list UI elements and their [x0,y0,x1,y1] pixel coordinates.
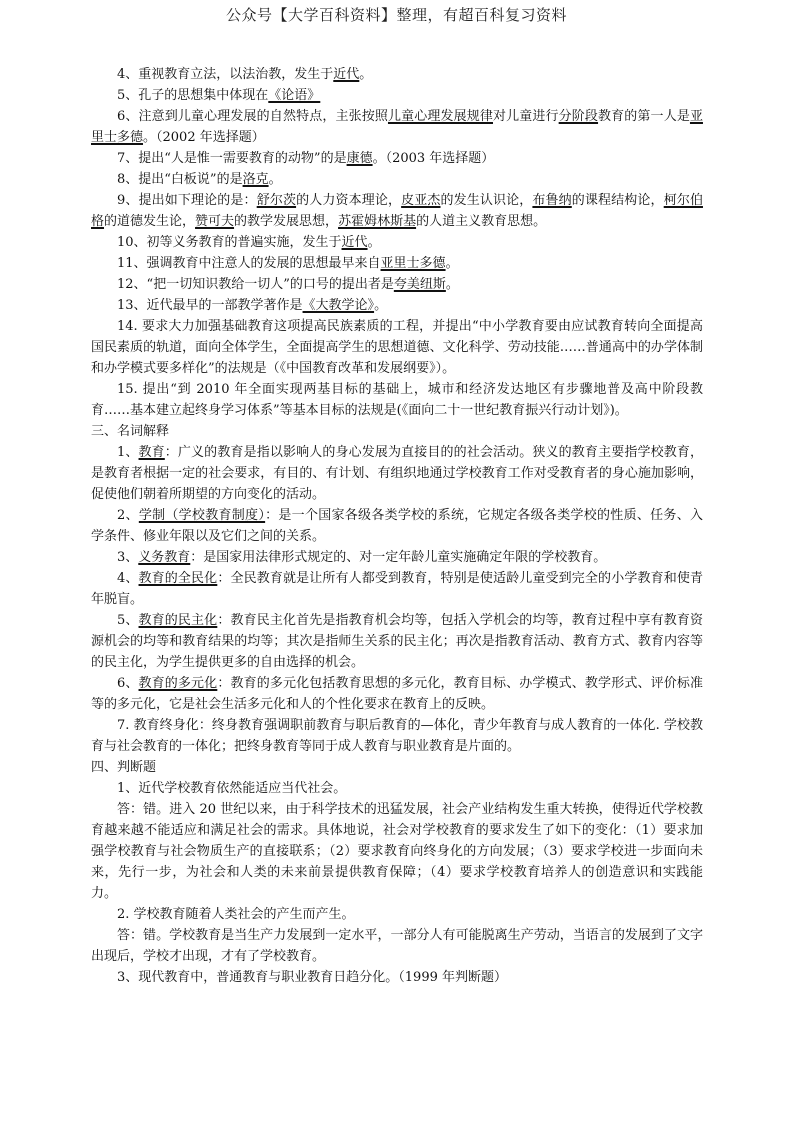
text-run: 对儿童进行 [493,109,559,124]
text-run: 8、提出“白板说”的是 [117,172,243,187]
paragraph: 3、现代教育中，普通教育与职业教育日趋分化。（1999 年判断题） [91,967,703,988]
underlined-term: 赞可夫 [195,214,234,229]
underlined-term: 《大教学论》 [303,298,375,313]
paragraph: 1、教育：广义的教育是指以影响人的身心发展为直接目的的社会活动。狭义的教育主要指… [91,442,703,505]
underlined-term: 布鲁纳 [532,193,571,208]
text-run: 4、 [117,571,139,586]
paragraph: 15. 提出“到 2010 年全面实现两基目标的基础上，城市和经济发达地区有步骤… [91,379,703,421]
text-run: 10、初等义务教育的普遍实施，发生于 [117,235,342,250]
text-run: 11、强调教育中注意人的发展的思想最早来自 [117,256,381,271]
text-run: 。 [269,172,282,187]
text-run: 9、提出如下理论的是： [117,193,257,208]
text-run: 5、 [117,613,139,628]
text-run: 12、“把一切知识教给一切人”的口号的提出者是 [117,277,394,292]
text-run: 。 [359,67,372,82]
paragraph: 4、教育的全民化：全民教育就是让所有人都受到教育，特别是使适龄儿童受到完全的小学… [91,568,703,610]
paragraph: 2、学制（学校教育制度）：是一个国家各级各类学校的系统，它规定各级各类学校的性质… [91,505,703,547]
text-run: 。 [368,235,381,250]
text-run: 7. 教育终身化：终身教育强调职前教育与职后教育的—体化，青少年教育与成人教育的… [91,718,703,754]
text-run: 15. 提出“到 2010 年全面实现两基目标的基础上，城市和经济发达地区有步骤… [91,382,703,418]
paragraph: 4、重视教育立法，以法治教，发生于近代。 [91,64,703,85]
text-run: 教育的第一人是 [598,109,690,124]
underlined-term: 皮亚杰 [401,193,440,208]
paragraph: 2. 学校教育随着人类社会的产生而产生。 [91,904,703,925]
paragraph: 3、义务教育：是国家用法律形式规定的、对一定年龄儿童实施确定年限的学校教育。 [91,547,703,568]
paragraph: 5、孔子的思想集中体现在《论语》 [91,85,703,106]
underlined-term: 近代 [342,235,368,250]
text-run: 5、孔子的思想集中体现在 [117,88,268,103]
text-run: 3、现代教育中，普通教育与职业教育日趋分化。（1999 年判断题） [117,970,507,985]
paragraph: 9、提出如下理论的是：舒尔茨的人力资本理论，皮亚杰的发生认识论，布鲁纳的课程结构… [91,190,703,232]
page-header: 公众号【大学百科资料】整理，有超百科复习资料 [0,4,793,25]
paragraph: 8、提出“白板说”的是洛克。 [91,169,703,190]
underlined-term: 教育的多元化 [139,676,218,691]
underlined-term: 学制（学校教育制度） [139,508,265,523]
text-run: 6、注意到儿童心理发展的自然特点，主张按照 [117,109,388,124]
underlined-term: 义务教育 [138,550,190,565]
text-run: 答：错。进入 20 世纪以来，由于科学技术的迅猛发展，社会产业结构发生重大转换，… [91,802,703,901]
underlined-term: 教育的全民化 [139,571,218,586]
document-body: 4、重视教育立法，以法治教，发生于近代。5、孔子的思想集中体现在《论语》6、注意… [91,64,703,988]
section-heading: 四、判断题 [91,757,703,778]
underlined-term: 《论语》 [268,88,320,103]
paragraph: 12、“把一切知识教给一切人”的口号的提出者是夸美纽斯。 [91,274,703,295]
underlined-term: 近代 [333,67,359,82]
text-run: 1、近代学校教育依然能适应当代社会。 [117,781,346,796]
paragraph: 6、教育的多元化：教育的多元化包括教育思想的多元化，教育目标、办学模式、教学形式… [91,673,703,715]
text-run: 2、 [117,508,139,523]
paragraph: 答：错。进入 20 世纪以来，由于科学技术的迅猛发展，社会产业结构发生重大转换，… [91,799,703,904]
underlined-term: 洛克 [243,172,269,187]
text-run: 。 [374,298,387,313]
text-run: 13、近代最早的一部教学著作是 [117,298,303,313]
paragraph: 7. 教育终身化：终身教育强调职前教育与职后教育的—体化，青少年教育与成人教育的… [91,715,703,757]
underlined-term: 教育的民主化 [139,613,218,628]
text-run: 。（2003 年选择题） [373,151,495,166]
text-run: 的人力资本理论， [296,193,401,208]
underlined-term: 夸美纽斯 [394,277,446,292]
paragraph: 6、注意到儿童心理发展的自然特点，主张按照儿童心理发展规律对儿童进行分阶段教育的… [91,106,703,148]
underlined-term: 苏霍姆林斯基 [338,214,416,229]
paragraph: 7、提出“人是惟一需要教育的动物”的是康德。（2003 年选择题） [91,148,703,169]
text-run: 的人道主义教育思想。 [416,214,546,229]
text-run: 的道德发生论， [104,214,195,229]
text-run: 答：错。学校教育是当生产力发展到一定水平，一部分人有可能脱离生产劳动，当语言的发… [91,928,703,964]
text-run: 的发生认识论， [441,193,533,208]
paragraph: 10、初等义务教育的普遍实施，发生于近代。 [91,232,703,253]
text-run: 1、 [117,445,139,460]
text-run: 三、名词解释 [91,424,169,439]
section-heading: 三、名词解释 [91,421,703,442]
text-run: 。（2002 年选择题） [143,130,265,145]
paragraph: 13、近代最早的一部教学著作是《大教学论》。 [91,295,703,316]
text-run: 的教学发展思想， [234,214,338,229]
underlined-term: 分阶段 [559,109,598,124]
underlined-term: 康德 [347,151,373,166]
paragraph: 14. 要求大力加强基础教育这项提高民族素质的工程，并提出“中小学教育要由应试教… [91,316,703,379]
paragraph: 答：错。学校教育是当生产力发展到一定水平，一部分人有可能脱离生产劳动，当语言的发… [91,925,703,967]
underlined-term: 教育 [139,445,165,460]
text-run: 四、判断题 [91,760,156,775]
text-run: 。 [446,277,459,292]
text-run: ：广义的教育是指以影响人的身心发展为直接目的的社会活动。狭义的教育主要指学校教育… [91,445,703,502]
text-run: 7、提出“人是惟一需要教育的动物”的是 [117,151,347,166]
underlined-term: 舒尔茨 [257,193,296,208]
text-run: 6、 [117,676,139,691]
text-run: ：是国家用法律形式规定的、对一定年龄儿童实施确定年限的学校教育。 [190,550,606,565]
text-run: 的课程结构论， [572,193,664,208]
text-run: 。 [446,256,459,271]
paragraph: 11、强调教育中注意人的发展的思想最早来自亚里士多德。 [91,253,703,274]
text-run: 2. 学校教育随着人类社会的产生而产生。 [117,907,355,922]
text-run: 14. 要求大力加强基础教育这项提高民族素质的工程，并提出“中小学教育要由应试教… [91,319,703,376]
text-run: 3、 [117,550,138,565]
underlined-term: 亚里士多德 [381,256,446,271]
text-run: 4、重视教育立法，以法治教，发生于 [117,67,333,82]
underlined-term: 儿童心理发展规律 [388,109,493,124]
paragraph: 5、教育的民主化：教育民主化首先是指教育机会均等，包括入学机会的均等，教育过程中… [91,610,703,673]
paragraph: 1、近代学校教育依然能适应当代社会。 [91,778,703,799]
